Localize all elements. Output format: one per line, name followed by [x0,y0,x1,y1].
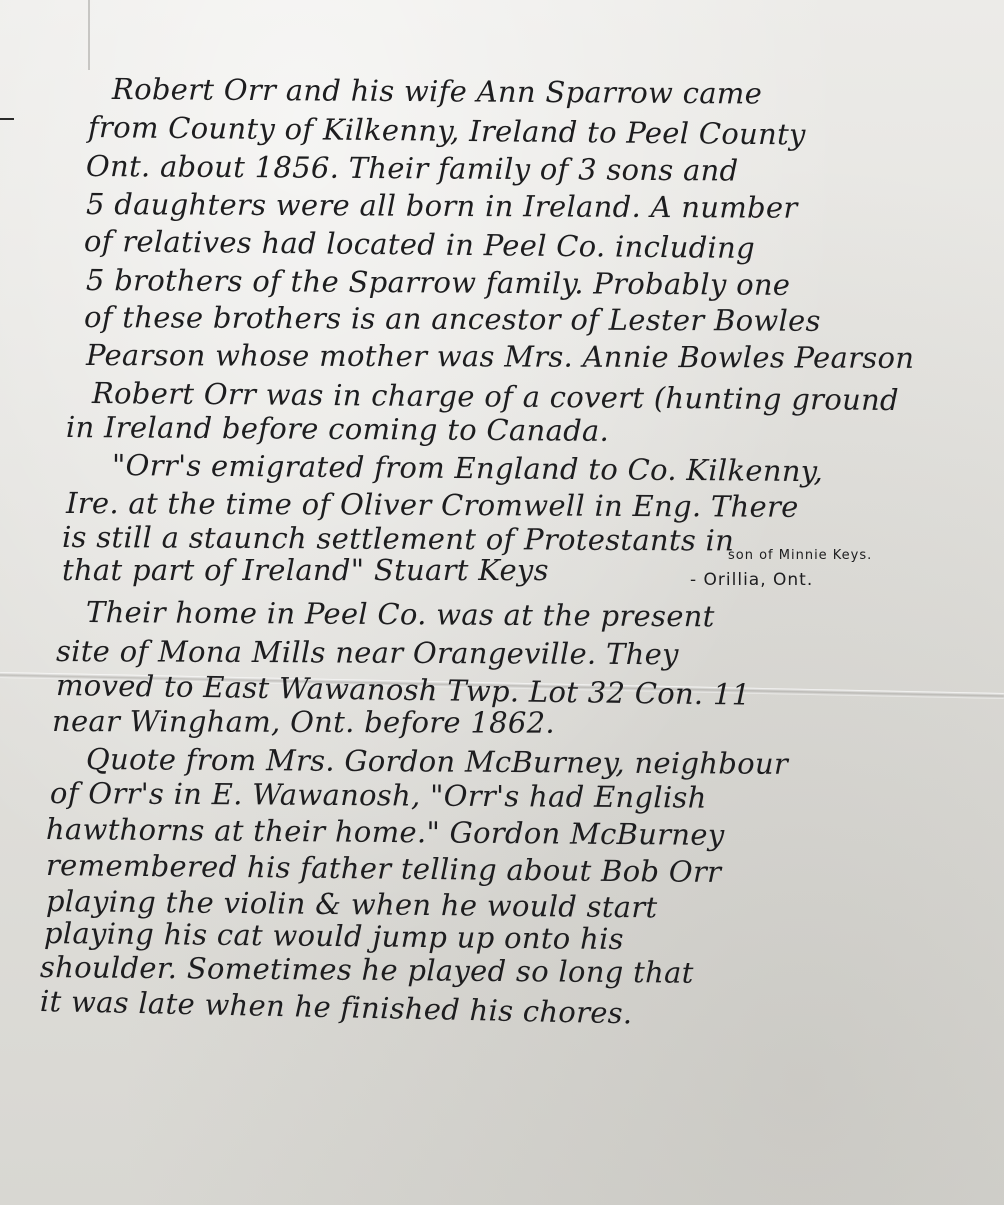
annotation-location: - Orillia, Ont. [690,570,813,590]
text-line: Their home in Peel Co. was at the presen… [86,595,715,633]
text-line: remembered his father telling about Bob … [46,848,722,889]
text-line: 5 daughters were all born in Ireland. A … [86,187,798,225]
text-line: Robert Orr and his wife Ann Sparrow came [112,72,762,111]
text-line: in Ireland before coming to Canada. [66,410,609,448]
handwritten-text: Robert Orr and his wife Ann Sparrow came… [0,0,1004,1205]
text-line: Pearson whose mother was Mrs. Annie Bowl… [86,338,914,375]
text-line: hawthorns at their home." Gordon McBurne… [46,812,725,852]
text-line: of relatives had located in Peel Co. inc… [84,224,755,265]
text-line: shoulder. Sometimes he played so long th… [40,950,694,990]
text-line: near Wingham, Ont. before 1862. [52,704,555,740]
text-line: of these brothers is an ancestor of Lest… [84,300,821,338]
annotation-son-of: son of Minnie Keys. [728,548,872,563]
text-line: "Orr's emigrated from England to Co. Kil… [112,448,823,488]
text-line: it was late when he finished his chores. [40,984,633,1030]
text-line: that part of Ireland" Stuart Keys [62,553,549,587]
text-line: of Orr's in E. Wawanosh, "Orr's had Engl… [50,776,707,815]
text-line: Ire. at the time of Oliver Cromwell in E… [66,486,799,524]
text-line: Quote from Mrs. Gordon McBurney, neighbo… [86,742,788,781]
text-line: Ont. about 1856. Their family of 3 sons … [86,149,739,188]
text-line: site of Mona Mills near Orangeville. The… [56,634,679,671]
text-line: from County of Kilkenny, Ireland to Peel… [88,110,806,152]
text-line: is still a staunch settlement of Protest… [62,520,734,558]
text-line: 5 brothers of the Sparrow family. Probab… [86,263,791,302]
